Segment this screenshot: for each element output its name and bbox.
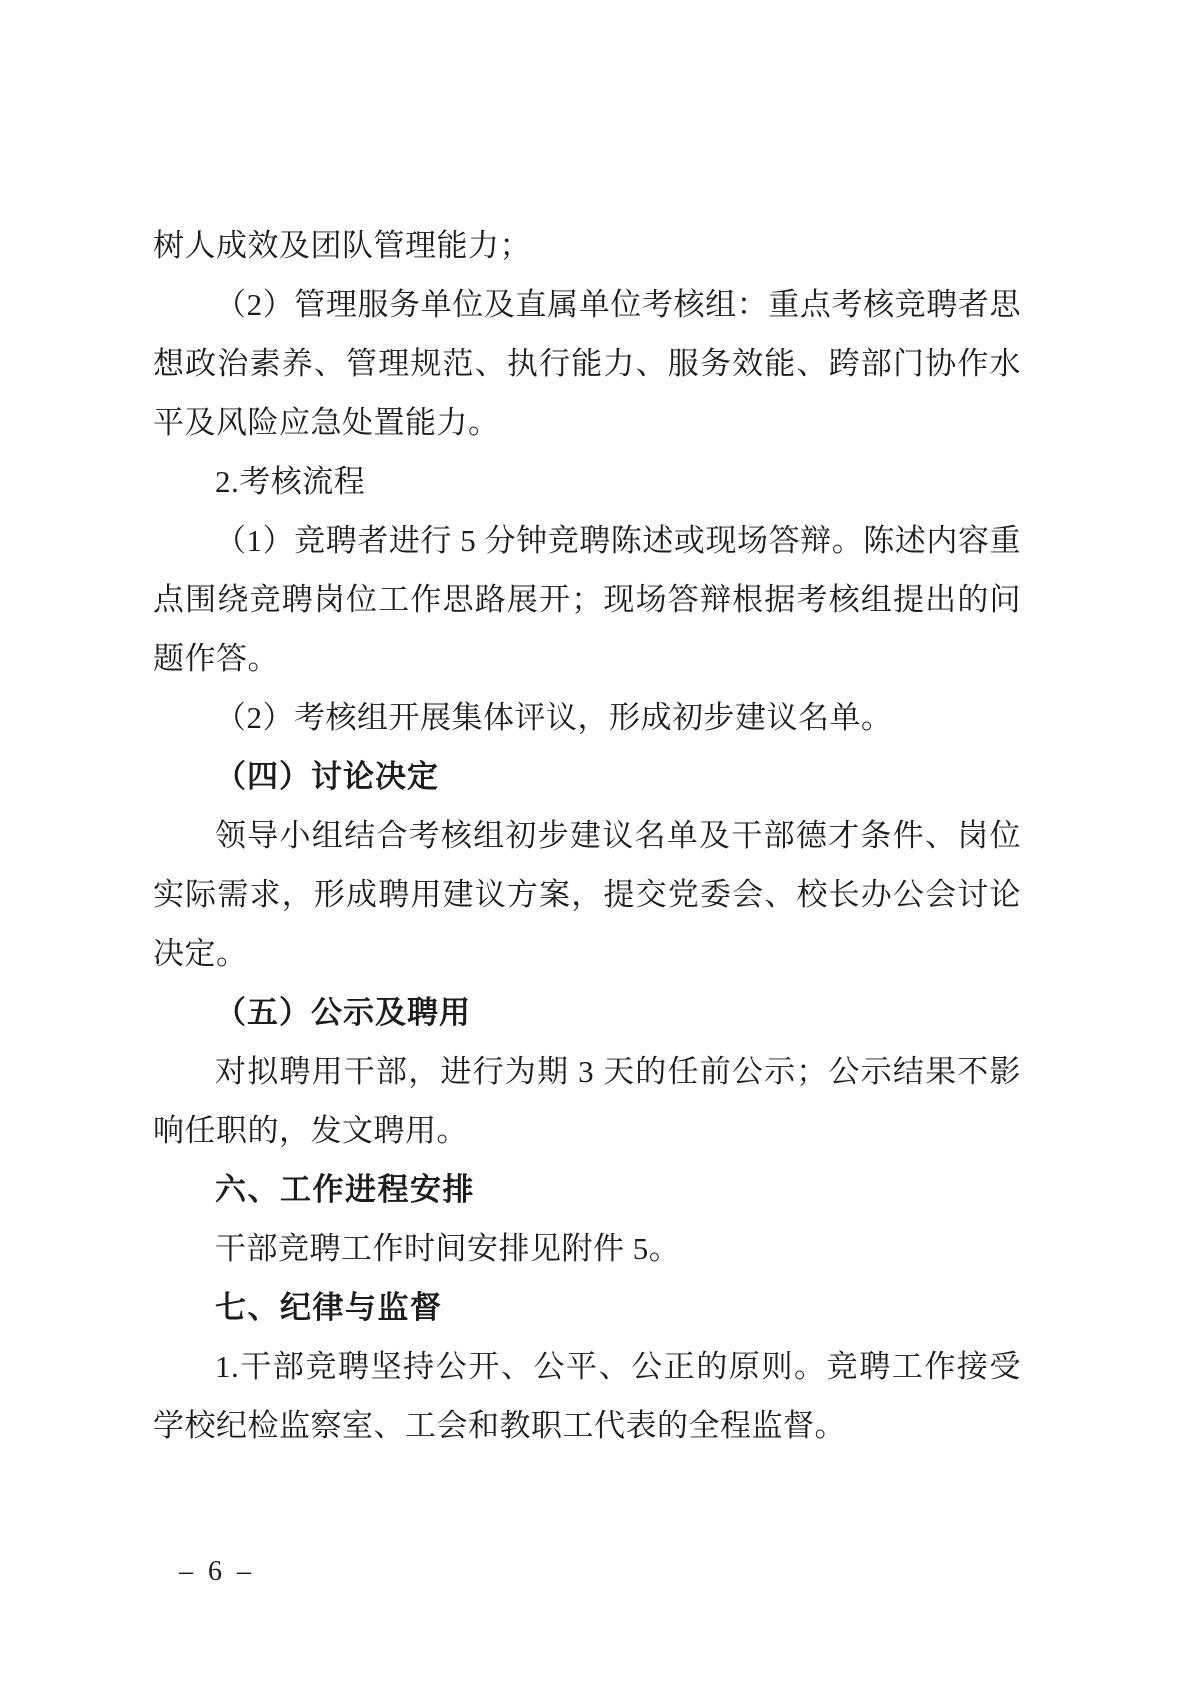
paragraph: 对拟聘用干部，进行为期 3 天的任前公示；公示结果不影响任职的，发文聘用。 xyxy=(153,1042,1021,1160)
document-page: 树人成效及团队管理能力；（2）管理服务单位及直属单位考核组：重点考核竞聘者思想政… xyxy=(0,0,1191,1684)
text-line: 响任职的，发文聘用。 xyxy=(153,1101,1021,1160)
section-heading: 七、纪律与监督 xyxy=(153,1278,1021,1337)
paragraph: 树人成效及团队管理能力； xyxy=(153,216,1021,275)
text-line: 想政治素养、管理规范、执行能力、服务效能、跨部门协作水 xyxy=(153,334,1021,393)
text-line: 平及风险应急处置能力。 xyxy=(153,393,1021,452)
text-line: 六、工作进程安排 xyxy=(153,1160,1021,1219)
section-heading: （四）讨论决定 xyxy=(153,747,1021,806)
page-number: – 6 – xyxy=(179,1552,255,1592)
text-line: 2.考核流程 xyxy=(153,452,1021,511)
paragraph: 2.考核流程 xyxy=(153,452,1021,511)
text-line: （2）管理服务单位及直属单位考核组：重点考核竞聘者思 xyxy=(153,275,1021,334)
document-body: 树人成效及团队管理能力；（2）管理服务单位及直属单位考核组：重点考核竞聘者思想政… xyxy=(153,216,1021,1455)
text-line: 干部竞聘工作时间安排见附件 5。 xyxy=(153,1219,1021,1278)
text-line: 题作答。 xyxy=(153,629,1021,688)
paragraph: （2）考核组开展集体评议，形成初步建议名单。 xyxy=(153,688,1021,747)
section-heading: （五）公示及聘用 xyxy=(153,983,1021,1042)
text-line: 领导小组结合考核组初步建议名单及干部德才条件、岗位 xyxy=(153,806,1021,865)
text-line: 1.干部竞聘坚持公开、公平、公正的原则。竞聘工作接受 xyxy=(153,1337,1021,1396)
text-line: 七、纪律与监督 xyxy=(153,1278,1021,1337)
text-line: 实际需求，形成聘用建议方案，提交党委会、校长办公会讨论 xyxy=(153,865,1021,924)
text-line: （1）竞聘者进行 5 分钟竞聘陈述或现场答辩。陈述内容重 xyxy=(153,511,1021,570)
text-line: 对拟聘用干部，进行为期 3 天的任前公示；公示结果不影 xyxy=(153,1042,1021,1101)
paragraph: （1）竞聘者进行 5 分钟竞聘陈述或现场答辩。陈述内容重点围绕竞聘岗位工作思路展… xyxy=(153,511,1021,688)
paragraph: 1.干部竞聘坚持公开、公平、公正的原则。竞聘工作接受学校纪检监察室、工会和教职工… xyxy=(153,1337,1021,1455)
paragraph: （2）管理服务单位及直属单位考核组：重点考核竞聘者思想政治素养、管理规范、执行能… xyxy=(153,275,1021,452)
text-line: 树人成效及团队管理能力； xyxy=(153,216,1021,275)
text-line: （四）讨论决定 xyxy=(153,747,1021,806)
text-line: （五）公示及聘用 xyxy=(153,983,1021,1042)
text-line: 点围绕竞聘岗位工作思路展开；现场答辩根据考核组提出的问 xyxy=(153,570,1021,629)
text-line: 学校纪检监察室、工会和教职工代表的全程监督。 xyxy=(153,1396,1021,1455)
paragraph: 领导小组结合考核组初步建议名单及干部德才条件、岗位实际需求，形成聘用建议方案，提… xyxy=(153,806,1021,983)
section-heading: 六、工作进程安排 xyxy=(153,1160,1021,1219)
text-line: 决定。 xyxy=(153,924,1021,983)
text-line: （2）考核组开展集体评议，形成初步建议名单。 xyxy=(153,688,1021,747)
paragraph: 干部竞聘工作时间安排见附件 5。 xyxy=(153,1219,1021,1278)
